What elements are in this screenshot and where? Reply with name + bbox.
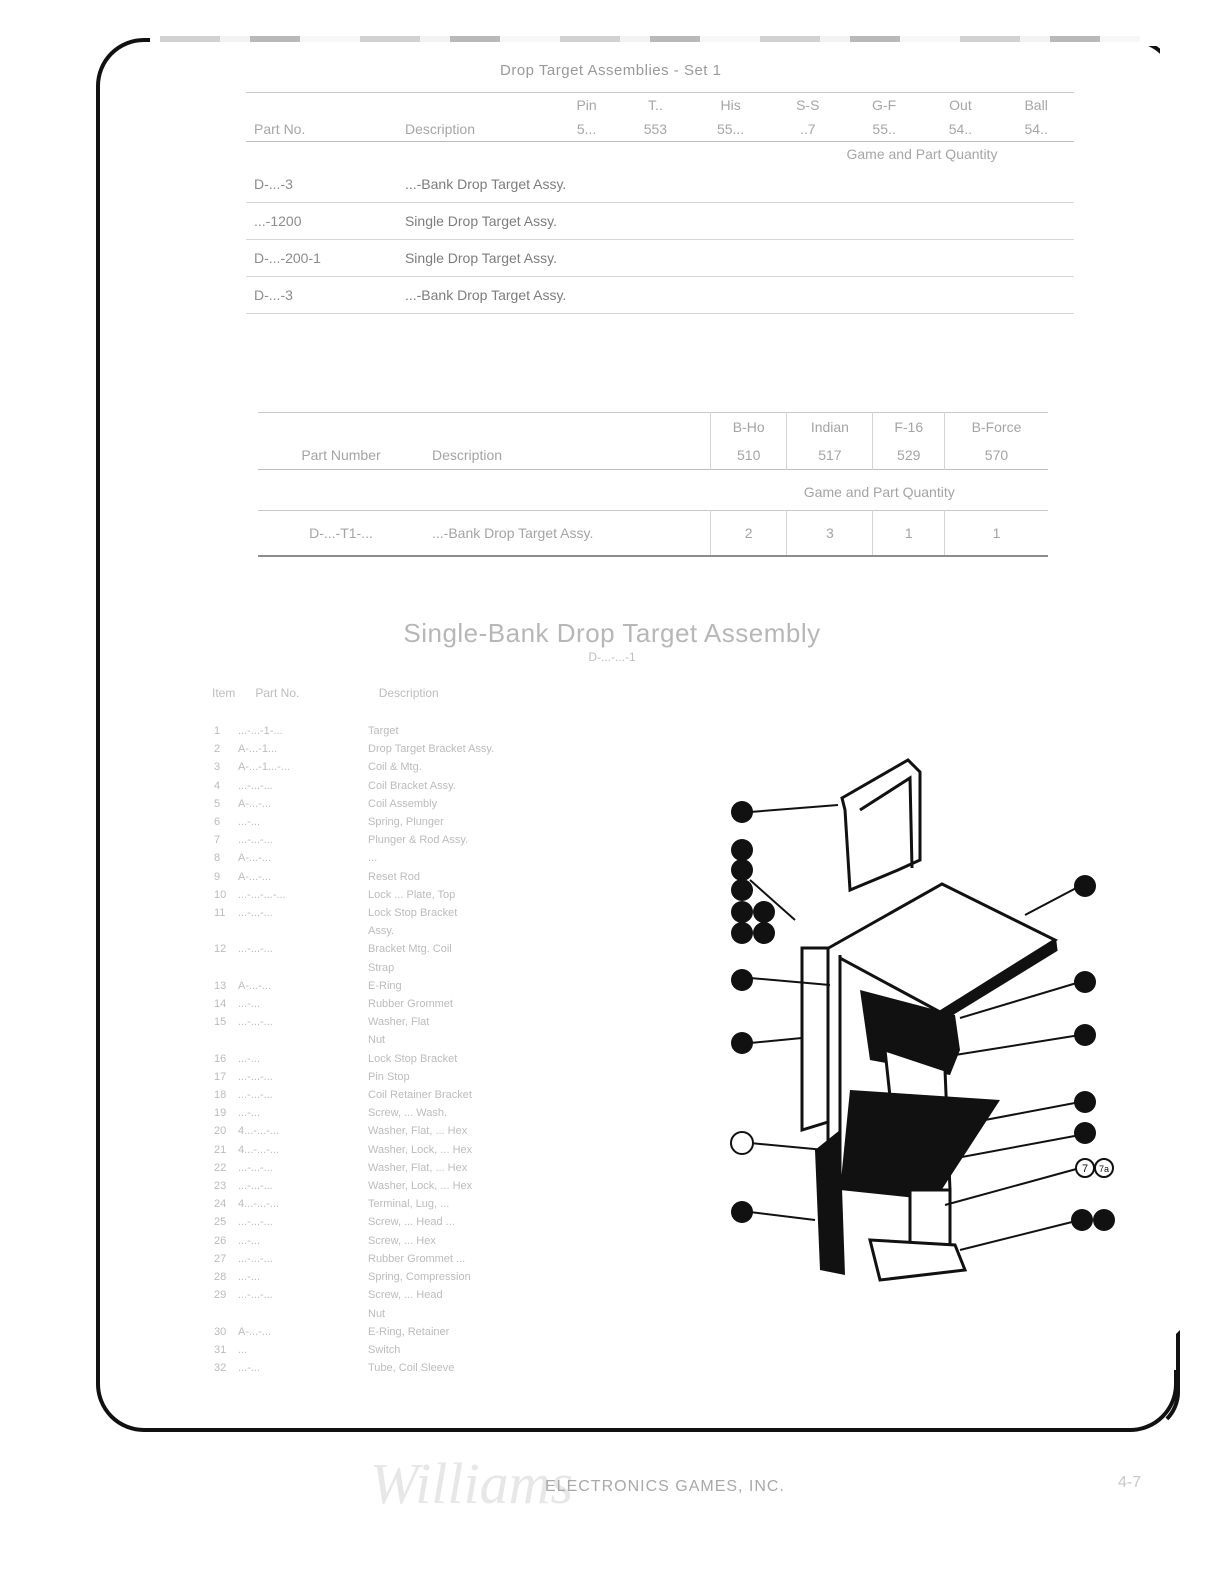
item-number: 9 (214, 868, 238, 886)
part-description: Washer, Lock, ... Hex (368, 1141, 608, 1159)
qty-cell: 1 (873, 511, 945, 557)
item-number (214, 1031, 238, 1049)
list-item: 14...-...Rubber Grommet (214, 995, 608, 1013)
part-number: ...-...-... (238, 777, 368, 795)
list-item: 23...-...-...Washer, Lock, ... Hex (214, 1177, 608, 1195)
list-item: 7...-...-...Plunger & Rod Assy. (214, 831, 608, 849)
qty-cell: 3 (787, 511, 873, 557)
col-header: 510 (711, 441, 787, 470)
list-item: 17...-...-...Pin Stop (214, 1068, 608, 1086)
list-item: 18...-...-...Coil Retainer Bracket (214, 1086, 608, 1104)
table-row: D-...-200-1 Single Drop Target Assy. (246, 240, 1074, 277)
part-description: Drop Target Bracket Assy. (368, 740, 608, 758)
part-number: D-...-200-1 (246, 240, 397, 277)
drop-target-diagram: 7 7a (720, 750, 1120, 1290)
part-description: Coil & Mtg. (368, 758, 608, 776)
part-number: A-...-1... (238, 740, 368, 758)
item-number: 26 (214, 1232, 238, 1250)
part-number: 4...-...-... (238, 1195, 368, 1213)
frame-mask-right (1160, 40, 1184, 1370)
col-header: G-F (846, 93, 923, 118)
col-header-part: Part Number (258, 441, 424, 470)
list-item: Nut (214, 1305, 608, 1323)
part-number: ...-...-... (238, 1286, 368, 1304)
part-description: Switch (368, 1341, 608, 1359)
list-item: Strap (214, 959, 608, 977)
item-number: 18 (214, 1086, 238, 1104)
list-item: 27...-...-...Rubber Grommet ... (214, 1250, 608, 1268)
part-description: Rubber Grommet ... (368, 1250, 608, 1268)
item-number: 13 (214, 977, 238, 995)
assembly-subtitle: D-...-...-1 (0, 650, 1224, 664)
item-number: 24 (214, 1195, 238, 1213)
list-item: Assy. (214, 922, 608, 940)
list-item: 11...-...-...Lock Stop Bracket (214, 904, 608, 922)
part-description: Lock Stop Bracket (368, 1050, 608, 1068)
part-number: A-...-... (238, 977, 368, 995)
col-header: Pin (554, 93, 620, 118)
col-header: ..7 (770, 117, 846, 142)
list-item: 6...-...Spring, Plunger (214, 813, 608, 831)
list-item: 4...-...-...Coil Bracket Assy. (214, 777, 608, 795)
item-number: 31 (214, 1341, 238, 1359)
item-number: 8 (214, 849, 238, 867)
col-header: 54.. (998, 117, 1074, 142)
table-row: D-...-3 ...-Bank Drop Target Assy. (246, 166, 1074, 203)
header-item: Item (212, 686, 252, 700)
williams-logo: Williams (370, 1450, 573, 1517)
item-number: 3 (214, 758, 238, 776)
table-row: D-...-3 ...-Bank Drop Target Assy. (246, 277, 1074, 314)
item-number: 6 (214, 813, 238, 831)
list-item: 19...-...Screw, ... Wash. (214, 1104, 608, 1122)
col-header: B-Force (944, 413, 1048, 442)
part-description: Strap (368, 959, 608, 977)
list-item: 25...-...-...Screw, ... Head ... (214, 1213, 608, 1231)
item-number: 1 (214, 722, 238, 740)
part-description: Washer, Lock, ... Hex (368, 1177, 608, 1195)
table-row: ...-1200 Single Drop Target Assy. (246, 203, 1074, 240)
part-description: Lock ... Plate, Top (368, 886, 608, 904)
part-number: ...-... (238, 995, 368, 1013)
col-header: 55... (691, 117, 770, 142)
part-number: ...-... (238, 1232, 368, 1250)
col-header: Out (923, 93, 999, 118)
part-description: Coil Retainer Bracket (368, 1086, 608, 1104)
part-description: Washer, Flat, ... Hex (368, 1159, 608, 1177)
part-number: 4...-...-... (238, 1141, 368, 1159)
col-header: T.. (620, 93, 692, 118)
col-header: Indian (787, 413, 873, 442)
part-number: ...-...-... (238, 940, 368, 958)
part-number: ...-... (238, 1104, 368, 1122)
col-header: 570 (944, 441, 1048, 470)
item-number: 12 (214, 940, 238, 958)
part-description: Screw, ... Head ... (368, 1213, 608, 1231)
table1-title: Drop Target Assemblies - Set 1 (500, 62, 721, 79)
page-number: 4-7 (1118, 1474, 1141, 1492)
part-number: ...-...-... (238, 904, 368, 922)
part-number: D-...-T1-... (258, 511, 424, 557)
part-number: A-...-... (238, 868, 368, 886)
list-item: 22...-...-...Washer, Flat, ... Hex (214, 1159, 608, 1177)
part-number (238, 1031, 368, 1049)
part-number: ...-...-... (238, 1213, 368, 1231)
col-header: 517 (787, 441, 873, 470)
list-item: 214...-...-...Washer, Lock, ... Hex (214, 1141, 608, 1159)
page-border-corner (1140, 1330, 1180, 1432)
col-header: S-S (770, 93, 846, 118)
item-number: 30 (214, 1323, 238, 1341)
part-description: Coil Bracket Assy. (368, 777, 608, 795)
item-number: 21 (214, 1141, 238, 1159)
section-label: Game and Part Quantity (770, 142, 1074, 167)
part-number: ...-...-... (238, 1068, 368, 1086)
part-description: Pin Stop (368, 1068, 608, 1086)
part-description: Terminal, Lug, ... (368, 1195, 608, 1213)
col-header: 55.. (846, 117, 923, 142)
part-number: A-...-... (238, 1323, 368, 1341)
col-header: 5... (554, 117, 620, 142)
item-number: 17 (214, 1068, 238, 1086)
list-item: 29...-...-...Screw, ... Head (214, 1286, 608, 1304)
part-number: ...-...-... (238, 1013, 368, 1031)
part-number: A-...-... (238, 795, 368, 813)
part-description: Target (368, 722, 608, 740)
part-description: ... (368, 849, 608, 867)
part-description: Bracket Mtg. Coil (368, 940, 608, 958)
part-description: Screw, ... Wash. (368, 1104, 608, 1122)
part-number (238, 1305, 368, 1323)
part-number (238, 922, 368, 940)
item-number: 5 (214, 795, 238, 813)
item-number: 15 (214, 1013, 238, 1031)
part-number: ...-...-... (238, 1086, 368, 1104)
item-number: 7 (214, 831, 238, 849)
part-description: Reset Rod (368, 868, 608, 886)
list-item: 16...-...Lock Stop Bracket (214, 1050, 608, 1068)
part-description: Nut (368, 1031, 608, 1049)
header-description: Description (379, 686, 439, 700)
list-item: 30A-...-...E-Ring, Retainer (214, 1323, 608, 1341)
part-description: Plunger & Rod Assy. (368, 831, 608, 849)
part-description: Tube, Coil Sleeve (368, 1359, 608, 1377)
item-number: 25 (214, 1213, 238, 1231)
col-header: 54.. (923, 117, 999, 142)
part-description: Screw, ... Hex (368, 1232, 608, 1250)
list-item: 26...-...Screw, ... Hex (214, 1232, 608, 1250)
item-number: 22 (214, 1159, 238, 1177)
part-number: ...-...-... (238, 1159, 368, 1177)
item-number: 29 (214, 1286, 238, 1304)
scan-artifact-bar (160, 36, 1140, 42)
part-number: ...-...-... (238, 1250, 368, 1268)
item-number (214, 922, 238, 940)
list-item: 244...-...-...Terminal, Lug, ... (214, 1195, 608, 1213)
col-header: 529 (873, 441, 945, 470)
part-description: Spring, Compression (368, 1268, 608, 1286)
col-header-desc: Description (397, 117, 554, 142)
part-number: ...-... (238, 1050, 368, 1068)
part-number: ...-1200 (246, 203, 397, 240)
item-number: 4 (214, 777, 238, 795)
part-description: Coil Assembly (368, 795, 608, 813)
item-number: 28 (214, 1268, 238, 1286)
item-number: 20 (214, 1122, 238, 1140)
part-description: Rubber Grommet (368, 995, 608, 1013)
part-description: Assy. (368, 922, 608, 940)
part-number: ...-...-...-... (238, 886, 368, 904)
list-item: 28...-...Spring, Compression (214, 1268, 608, 1286)
header-part-no: Part No. (255, 686, 375, 700)
list-item: 10...-...-...-...Lock ... Plate, Top (214, 886, 608, 904)
section-label: Game and Part Quantity (711, 470, 1049, 511)
item-number: 27 (214, 1250, 238, 1268)
list-item: 32...-...Tube, Coil Sleeve (214, 1359, 608, 1377)
table-drop-target-assemblies: Pin T.. His S-S G-F Out Ball Part No. De… (246, 92, 1074, 314)
list-item: 31...Switch (214, 1341, 608, 1359)
part-description: Nut (368, 1305, 608, 1323)
col-header: Ball (998, 93, 1074, 118)
list-item: 12...-...-...Bracket Mtg. Coil (214, 940, 608, 958)
qty-cell: 2 (711, 511, 787, 557)
part-number: D-...-3 (246, 277, 397, 314)
item-number: 2 (214, 740, 238, 758)
list-item: 3A-...-1...-...Coil & Mtg. (214, 758, 608, 776)
part-number: D-...-3 (246, 166, 397, 203)
item-number: 16 (214, 1050, 238, 1068)
item-number (214, 959, 238, 977)
item-number: 32 (214, 1359, 238, 1377)
col-header: F-16 (873, 413, 945, 442)
part-description: ...-Bank Drop Target Assy. (397, 166, 1074, 203)
list-item: 8A-...-...... (214, 849, 608, 867)
item-number: 19 (214, 1104, 238, 1122)
part-description: Lock Stop Bracket (368, 904, 608, 922)
callout-label: 7 (1082, 1163, 1088, 1175)
part-number: ...-...-... (238, 1177, 368, 1195)
item-number: 23 (214, 1177, 238, 1195)
part-description: Washer, Flat (368, 1013, 608, 1031)
item-number: 10 (214, 886, 238, 904)
list-item: 1...-...-1-...Target (214, 722, 608, 740)
part-description: Single Drop Target Assy. (397, 203, 1074, 240)
part-number: A-...-... (238, 849, 368, 867)
col-header: His (691, 93, 770, 118)
col-header-part: Part No. (246, 117, 397, 142)
list-item: 15...-...-...Washer, Flat (214, 1013, 608, 1031)
part-number: ...-...-1-... (238, 722, 368, 740)
part-number (238, 959, 368, 977)
item-number: 14 (214, 995, 238, 1013)
parts-list-header: Item Part No. Description (212, 686, 439, 700)
part-description: E-Ring (368, 977, 608, 995)
part-description: ...-Bank Drop Target Assy. (424, 511, 711, 557)
callout-label: 7a (1099, 1164, 1109, 1174)
part-number: ...-... (238, 1268, 368, 1286)
list-item: 13A-...-...E-Ring (214, 977, 608, 995)
part-description: E-Ring, Retainer (368, 1323, 608, 1341)
col-header: 553 (620, 117, 692, 142)
col-header-desc: Description (424, 441, 711, 470)
table-row: D-...-T1-... ...-Bank Drop Target Assy. … (258, 511, 1048, 557)
part-number: ...-...-... (238, 831, 368, 849)
item-number (214, 1305, 238, 1323)
table-game-quantities: B-Ho Indian F-16 B-Force Part Number Des… (258, 412, 1048, 557)
part-description: Single Drop Target Assy. (397, 240, 1074, 277)
assembly-title: Single-Bank Drop Target Assembly (0, 618, 1224, 649)
col-header: B-Ho (711, 413, 787, 442)
part-number: 4...-...-... (238, 1122, 368, 1140)
part-number: A-...-1...-... (238, 758, 368, 776)
list-item: 204...-...-...Washer, Flat, ... Hex (214, 1122, 608, 1140)
part-number: ...-... (238, 1359, 368, 1377)
list-item: Nut (214, 1031, 608, 1049)
qty-cell: 1 (944, 511, 1048, 557)
parts-list: 1...-...-1-...Target2A-...-1...Drop Targ… (214, 722, 608, 1377)
part-description: ...-Bank Drop Target Assy. (397, 277, 1074, 314)
list-item: 9A-...-...Reset Rod (214, 868, 608, 886)
item-number: 11 (214, 904, 238, 922)
list-item: 2A-...-1...Drop Target Bracket Assy. (214, 740, 608, 758)
part-description: Screw, ... Head (368, 1286, 608, 1304)
part-description: Spring, Plunger (368, 813, 608, 831)
list-item: 5A-...-...Coil Assembly (214, 795, 608, 813)
part-description: Washer, Flat, ... Hex (368, 1122, 608, 1140)
footer-company: ELECTRONICS GAMES, INC. (545, 1478, 785, 1496)
part-number: ...-... (238, 813, 368, 831)
part-number: ... (238, 1341, 368, 1359)
